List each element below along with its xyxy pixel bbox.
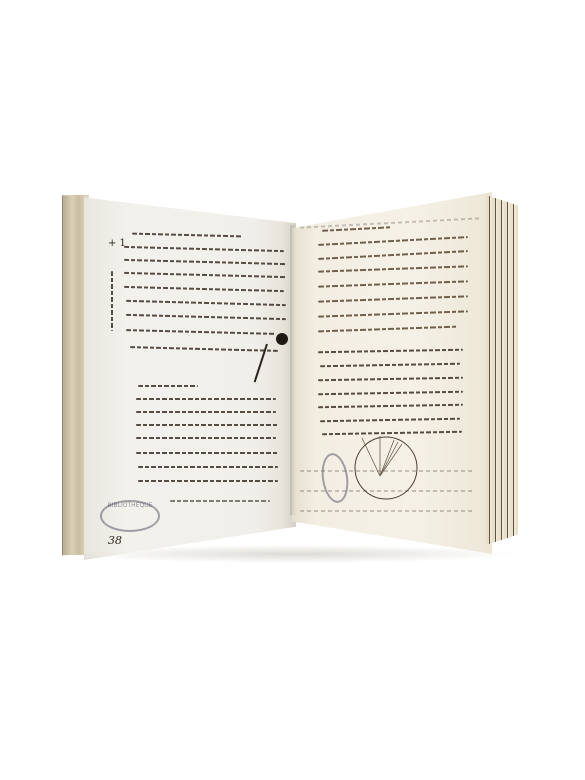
margin-column bbox=[111, 271, 113, 331]
folio-number: 38 bbox=[108, 534, 122, 547]
gutter bbox=[290, 225, 296, 515]
photo-scene: + 1 BIBLIOTHEQUE 38 bbox=[0, 0, 585, 780]
margin-mark: + 1 bbox=[108, 238, 126, 249]
library-stamp-left: BIBLIOTHEQUE bbox=[100, 500, 160, 532]
page-edges bbox=[486, 195, 518, 545]
ink-blot bbox=[276, 333, 288, 345]
sector-diagram bbox=[350, 430, 422, 502]
